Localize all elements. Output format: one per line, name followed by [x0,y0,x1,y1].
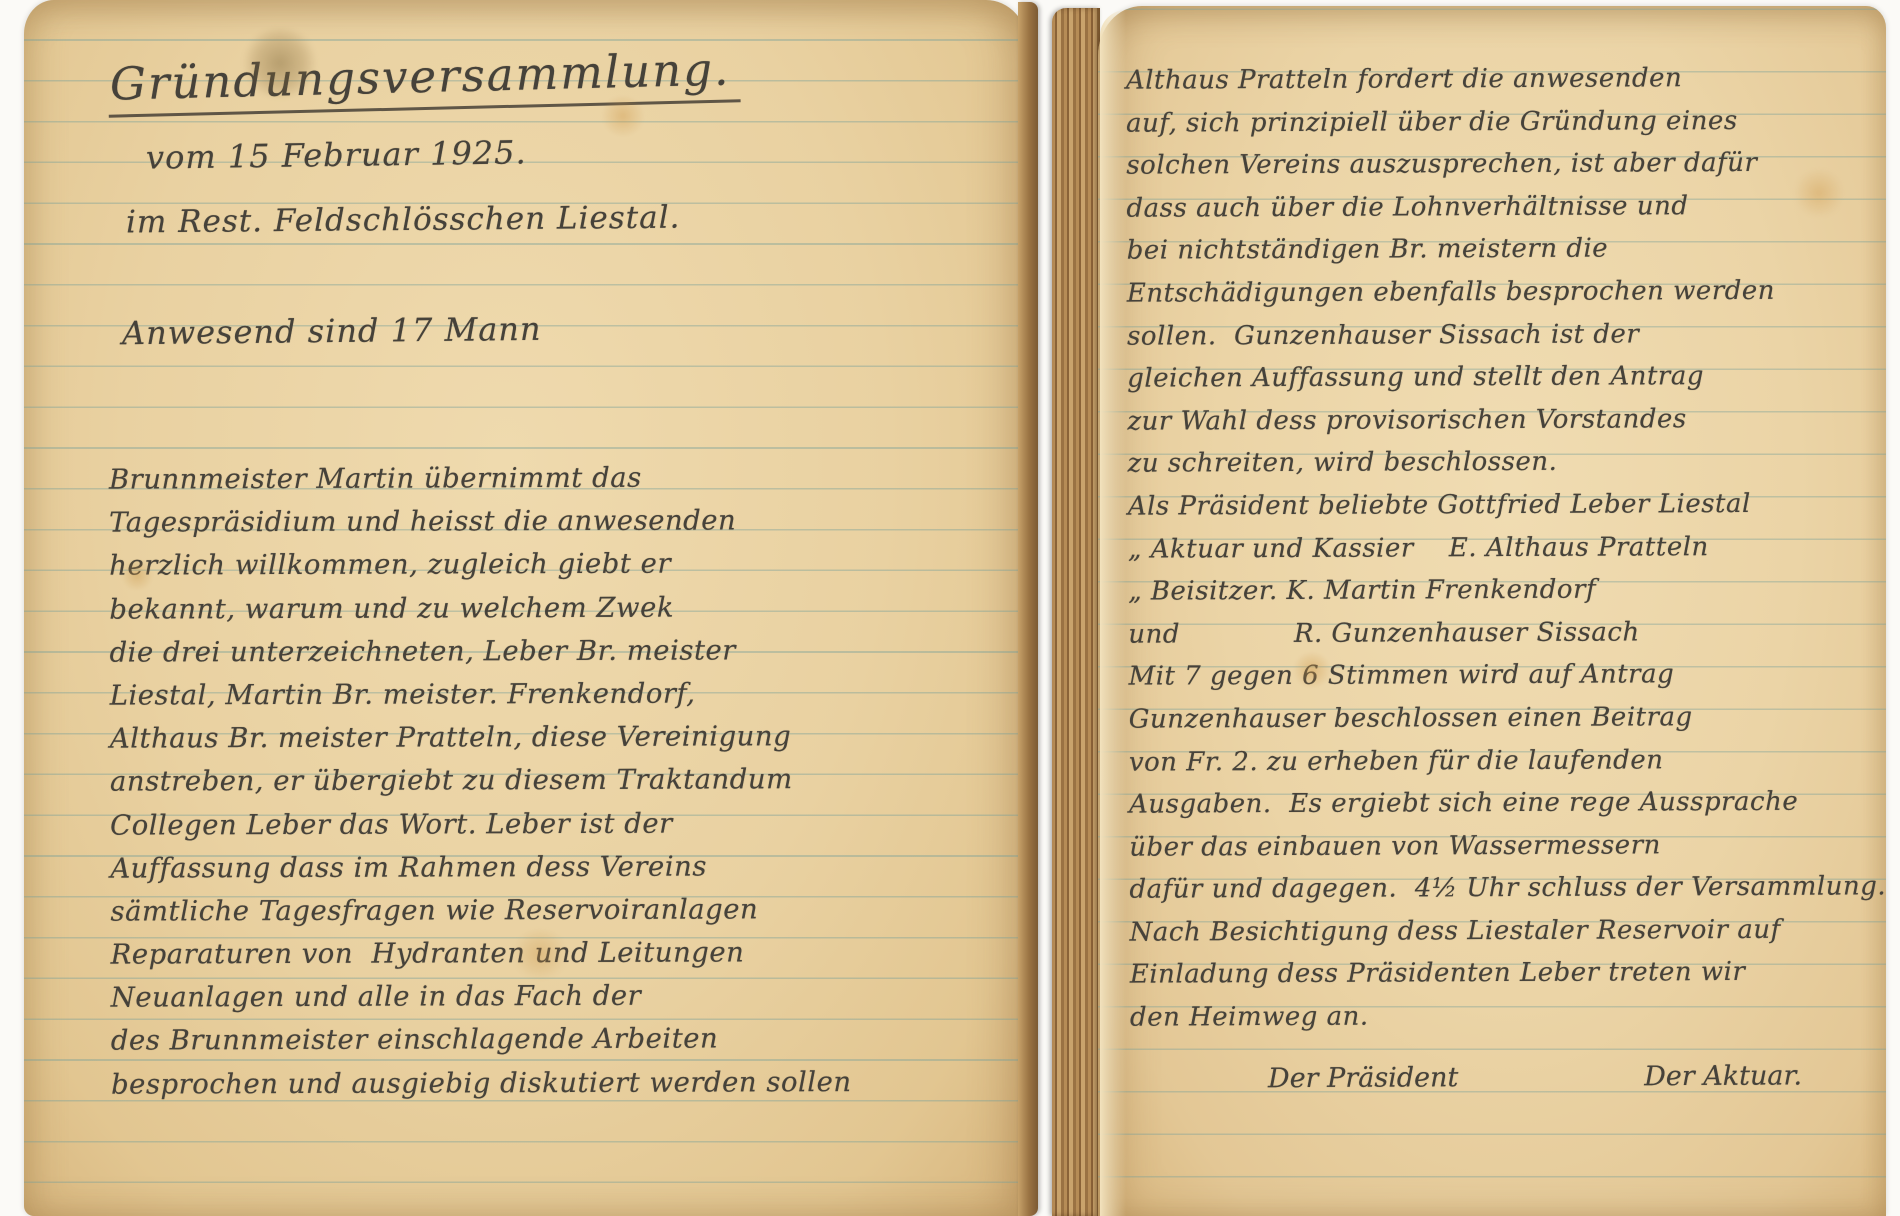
signature-president: Der Präsident [1268,1062,1458,1094]
handwritten-line: dass auch über die Lohnverhältnisse und [1126,190,1884,236]
right-page-body-text: Althaus Pratteln fordert die anwesendena… [1126,62,1888,1045]
handwritten-line: Althaus Pratteln fordert die anwesenden [1126,62,1884,108]
handwritten-line: Entschädigungen ebenfalls besprochen wer… [1127,275,1885,321]
handwritten-line: Als Präsident beliebte Gottfried Leber L… [1128,488,1886,534]
handwritten-line: Auffassung dass im Rahmen dess Vereins [110,849,1020,895]
handwritten-line: Collegen Leber das Wort. Leber ist der [110,806,1020,852]
handwritten-line: Ausgaben. Es ergiebt sich eine rege Auss… [1129,786,1887,832]
handwritten-line: Brunnmeister Martin übernimmt das [109,460,1019,506]
handwritten-line: Tagespräsidium und heisst die anwesenden [109,504,1019,550]
left-page-body-text: Brunnmeister Martin übernimmt dasTagespr… [109,460,1021,1111]
handwritten-line: die drei unterzeichneten, Leber Br. meis… [109,633,1019,679]
attendance-line: Anwesend sind 17 Mann [122,310,542,352]
handwritten-line: zur Wahl dess provisorischen Vorstandes [1127,403,1885,449]
signature-aktuar: Der Aktuar. [1644,1060,1802,1092]
handwritten-line: anstreben, er übergiebt zu diesem Trakta… [110,763,1020,809]
handwritten-line: Liestal, Martin Br. meister. Frenkendorf… [110,676,1020,722]
handwritten-line: bei nichtständigen Br. meistern die [1127,233,1885,279]
handwritten-line: Mit 7 gegen 6 Stimmen wird auf Antrag [1128,659,1886,705]
handwritten-line: sollen. Gunzenhauser Sissach ist der [1127,318,1885,364]
document-venue-line: im Rest. Feldschlösschen Liestal. [126,200,681,241]
handwritten-line: sämtliche Tagesfragen wie Reservoiranlag… [110,892,1020,938]
document-title: Gründungsversammlung. [107,42,741,117]
handwritten-line: Althaus Br. meister Pratteln, diese Vere… [110,720,1020,766]
left-page-edge [1018,2,1038,1216]
handwritten-line: zu schreiten, wird beschlossen. [1128,446,1886,492]
handwritten-line: bekannt, warum und zu welchem Zwek [109,590,1019,636]
handwritten-line: des Brunnmeister einschlagende Arbeiten [111,1022,1021,1068]
handwritten-line: und R. Gunzenhauser Sissach [1128,616,1886,662]
handwritten-line: Gunzenhauser beschlossen einen Beitrag [1129,701,1887,747]
notebook-left-page: Gründungsversammlung. vom 15 Februar 192… [24,0,1028,1216]
signature-row: Der Präsident Der Aktuar. [1128,1060,1868,1095]
handwritten-line: gleichen Auffassung und stellt den Antra… [1127,361,1885,407]
handwritten-line: „ Beisitzer. K. Martin Frenkendorf [1128,573,1886,619]
handwritten-line: dafür und dagegen. 4½ Uhr schluss der Ve… [1129,872,1887,918]
handwritten-line: solchen Vereins auszusprechen, ist aber … [1126,148,1884,194]
handwritten-line: über das einbauen von Wassermessern [1129,829,1887,875]
handwritten-line: auf, sich prinzipiell über die Gründung … [1126,105,1884,151]
handwritten-line: „ Aktuar und Kassier E. Althaus Pratteln [1128,531,1886,577]
document-date-line: vom 15 Februar 1925. [146,133,527,176]
handwritten-line: Einladung dess Präsidenten Leber treten … [1130,957,1888,1003]
handwritten-line: herzlich willkommen, zugleich giebt er [109,547,1019,593]
right-page-stacked-edges [1052,8,1100,1216]
handwritten-line: den Heimweg an. [1130,999,1888,1045]
handwritten-line: Neuanlagen und alle in das Fach der [111,979,1021,1025]
notebook-scan: Gründungsversammlung. vom 15 Februar 192… [0,0,1900,1216]
handwritten-line: besprochen und ausgiebig diskutiert werd… [111,1065,1021,1111]
handwritten-line: Nach Besichtigung dess Liestaler Reservo… [1130,914,1888,960]
handwritten-line: Reparaturen von Hydranten und Leitungen [111,935,1021,981]
handwritten-line: von Fr. 2. zu erheben für die laufenden [1129,744,1887,790]
